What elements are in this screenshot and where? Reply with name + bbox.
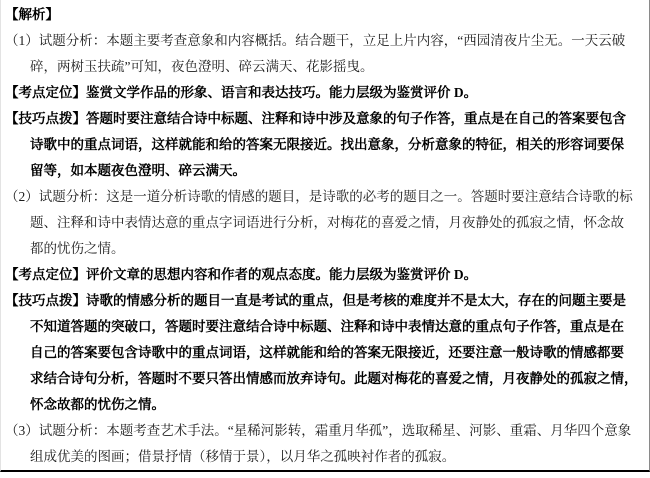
text-line: 【解析】	[5, 2, 645, 28]
item-2-analysis: （2）试题分析：这是一道分析诗歌的情感的题目，是诗歌的必考的题目之一。答题时要注…	[5, 184, 645, 262]
text-line: 组成优美的图画；借景抒情（移情于景），以月华之孤映衬作者的孤寂。	[5, 444, 645, 470]
item-2-test-point: 【考点定位】评价文章的思想内容和作者的观点态度。能力层级为鉴赏评价 D。	[5, 262, 645, 288]
document-page: 【解析】（1）试题分析：本题主要考查意象和内容概括。结合题干，立足上片内容，“西…	[0, 0, 650, 478]
text-line: 题、注释和诗中表情达意的重点字词语进行分析，对梅花的喜爱之情，月夜静处的孤寂之情…	[5, 210, 645, 236]
analysis-heading: 【解析】	[5, 2, 645, 28]
text-line: 碎，两树玉扶疏”可知，夜色澄明、碎云满天、花影摇曳。	[5, 54, 645, 80]
text-line: 自己的答案要包含诗歌中的重点词语，这样就能和给的答案无限接近，还要注意一般诗歌的…	[5, 340, 645, 366]
text-line: 【技巧点拨】诗歌的情感分析的题目一直是考试的重点，但是考核的难度并不是太大，存在…	[5, 288, 645, 314]
text-line: （2）试题分析：这是一道分析诗歌的情感的题目，是诗歌的必考的题目之一。答题时要注…	[5, 184, 645, 210]
text-line: 【考点定位】评价文章的思想内容和作者的观点态度。能力层级为鉴赏评价 D。	[5, 262, 645, 288]
text-line: 怀念故都的忧伤之情。	[5, 392, 645, 418]
document-body: 【解析】（1）试题分析：本题主要考查意象和内容概括。结合题干，立足上片内容，“西…	[0, 0, 650, 472]
item-3-analysis: （3）试题分析：本题考查艺术手法。“星稀河影转，霜重月华孤”，选取稀星、河影、重…	[5, 418, 645, 470]
text-line: 【技巧点拨】答题时要注意结合诗中标题、注释和诗中涉及意象的句子作答，重点是在自己…	[5, 106, 645, 132]
text-line: 不知道答题的突破口，答题时要注意结合诗中标题、注释和诗中表情达意的重点句子作答，…	[5, 314, 645, 340]
item-1-analysis: （1）试题分析：本题主要考查意象和内容概括。结合题干，立足上片内容，“西园清夜片…	[5, 28, 645, 80]
item-1-test-point: 【考点定位】鉴赏文学作品的形象、语言和表达技巧。能力层级为鉴赏评价 D。	[5, 80, 645, 106]
text-line: （1）试题分析：本题主要考查意象和内容概括。结合题干，立足上片内容，“西园清夜片…	[5, 28, 645, 54]
text-line: 诗歌中的重点词语，这样就能和给的答案无限接近。找出意象，分析意象的特征，相关的形…	[5, 132, 645, 158]
text-line: （3）试题分析：本题考查艺术手法。“星稀河影转，霜重月华孤”，选取稀星、河影、重…	[5, 418, 645, 444]
item-2-technique-tips: 【技巧点拨】诗歌的情感分析的题目一直是考试的重点，但是考核的难度并不是太大，存在…	[5, 288, 645, 418]
text-line: 都的忧伤之情。	[5, 236, 645, 262]
text-line: 留等，如本题夜色澄明、碎云满天。	[5, 158, 645, 184]
text-line: 【考点定位】鉴赏文学作品的形象、语言和表达技巧。能力层级为鉴赏评价 D。	[5, 80, 645, 106]
item-1-technique-tips: 【技巧点拨】答题时要注意结合诗中标题、注释和诗中涉及意象的句子作答，重点是在自己…	[5, 106, 645, 184]
text-line: 求结合诗句分析，答题时不要只答出情感而放弃诗句。此题对梅花的喜爱之情，月夜静处的…	[5, 366, 645, 392]
